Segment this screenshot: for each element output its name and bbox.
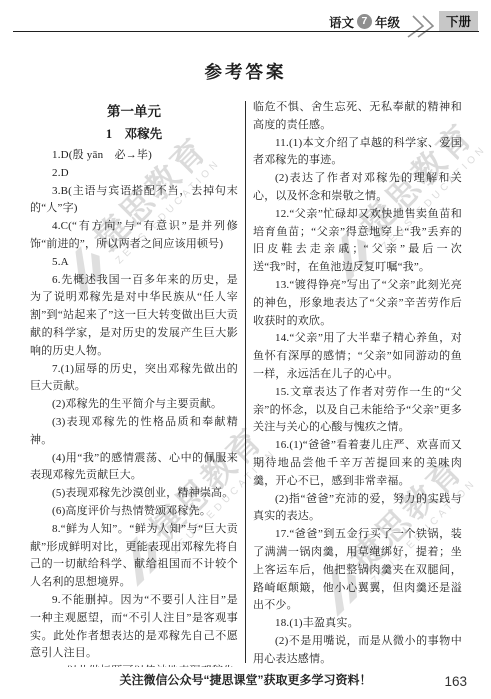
answer-paragraph: (2)表达了作者对邓稼先的理解和关心，以及怀念和崇敬之情。 xyxy=(253,170,462,206)
page-number: 163 xyxy=(438,674,467,689)
header-volume: 下册 xyxy=(439,11,478,32)
answer-paragraph: 18.(1)丰盈真实。 xyxy=(253,615,462,633)
answer-paragraph: (6)高度评价与热情赞颂邓稼先。 xyxy=(30,503,238,521)
answer-paragraph: 7.(1)屈辱的历史，突出邓稼先做出的巨大贡献。 xyxy=(30,361,238,397)
right-column: 临危不惧、舍生忘死、无私奉献的精神和高度的责任感。 11.(1)本文介绍了卓越的… xyxy=(253,99,462,667)
answer-paragraph: 10.以此做标题可以传神地表现邓稼先 xyxy=(30,663,238,667)
answer-paragraph: 1.D(殷 yān 必→毕) xyxy=(30,147,238,165)
answer-paragraph: 17.“爸爸”到五金行买了一个铁锅，装了满满一锅肉羹，用草绳绑好，提着；坐上客运… xyxy=(253,526,462,615)
lesson-heading: 1 邓稼先 xyxy=(30,123,238,145)
page-title: 参考答案 xyxy=(0,59,491,84)
answer-paragraph: 9.不能删掉。因为“不要引人注目”是一种主观愿望，而“不引人注目”是客观事实。此… xyxy=(30,592,238,663)
answer-paragraph: 14.“父亲”用了大半辈子精心养鱼，对鱼怀有深厚的感情；“父亲”如同游动的鱼一样… xyxy=(253,330,462,383)
answer-paragraph: 8.“鲜为人知”。“鲜为人知”与“巨大贡献”形成鲜明对比，更能表现出邓稼先将自己… xyxy=(30,521,238,592)
answer-paragraph: (2)不是用嘴说，而是从微小的事物中用心表达感情。 xyxy=(253,633,462,667)
left-column: 第一单元 1 邓稼先 1.D(殷 yān 必→毕)2.D3.B(主语与宾语搭配不… xyxy=(30,99,238,667)
header-subject: 语文 xyxy=(329,13,354,31)
column-divider xyxy=(245,101,246,663)
footer-notice: 关注微信公众号“捷思课堂”获取更多学习资料！ xyxy=(0,671,491,688)
answer-paragraph: 13.“镀得铮亮”写出了“父亲”此刻光亮的神色，形象地表达了“父亲”辛苦劳作后收… xyxy=(253,277,462,330)
right-paragraph-list: 11.(1)本文介绍了卓越的科学家、爱国者邓稼先的事迹。(2)表达了作者对邓稼先… xyxy=(253,135,462,667)
answer-paragraph: (2)指“爸爸”充沛的爱，努力的实践与真实的表达。 xyxy=(253,491,462,527)
answer-paragraph: (3)表现邓稼先的性格品质和奉献精神。 xyxy=(30,414,238,450)
answer-paragraph: 15.文章表达了作者对劳作一生的“父亲”的怀念，以及自己未能给予“父亲”更多关注… xyxy=(253,384,462,437)
answer-paragraph: (5)表现邓稼先沙漠创业，精神崇高。 xyxy=(30,485,238,503)
answer-paragraph: 4.C(“有方向”与“有意识”是并列修饰“前进的”，所以两者之间应该用顿号) xyxy=(30,218,238,254)
continuation-paragraph: 临危不惧、舍生忘死、无私奉献的精神和高度的责任感。 xyxy=(253,99,462,135)
answer-paragraph: 2.D xyxy=(30,165,238,183)
answer-paragraph: (2)邓稼先的生平简介与主要贡献。 xyxy=(30,396,238,414)
grade-badge: 7 xyxy=(357,14,372,29)
answer-paragraph: 11.(1)本文介绍了卓越的科学家、爱国者邓稼先的事迹。 xyxy=(253,135,462,171)
answer-paragraph: 5.A xyxy=(30,254,238,272)
double-chevron-icon xyxy=(406,15,434,38)
answers-body: 第一单元 1 邓稼先 1.D(殷 yān 必→毕)2.D3.B(主语与宾语搭配不… xyxy=(30,99,462,667)
answer-page: 捷思教育 ZEUS EDUCATION 捷思教育 ZEUS EDUCATION … xyxy=(0,0,491,699)
header-edition-label: 语文 7 年级 下册 xyxy=(329,11,478,32)
header-grade-suffix: 年级 xyxy=(375,13,400,31)
left-paragraph-list: 1.D(殷 yān 必→毕)2.D3.B(主语与宾语搭配不当，去掉句末的“人”字… xyxy=(30,147,238,667)
answer-paragraph: 12.“父亲”忙碌却又欢快地售卖鱼苗和培育鱼苗；“父亲”得意地穿上“我”丢弃的旧… xyxy=(253,206,462,277)
answer-paragraph: 16.(1)“爸爸”看着妻儿庄严、欢喜而又期待地品尝他千辛万苦提回来的美味肉羹，… xyxy=(253,437,462,490)
header-rule xyxy=(13,31,479,32)
answer-paragraph: 6.先概述我国一百多年来的历史，是为了说明邓稼先是对中华民族从“任人宰割”到“站… xyxy=(30,272,238,361)
unit-heading: 第一单元 xyxy=(30,101,238,123)
answer-paragraph: 3.B(主语与宾语搭配不当，去掉句末的“人”字) xyxy=(30,183,238,219)
answer-paragraph: (4)用“我”的感情震荡、心中的佩服来表现邓稼先贡献巨大。 xyxy=(30,450,238,486)
